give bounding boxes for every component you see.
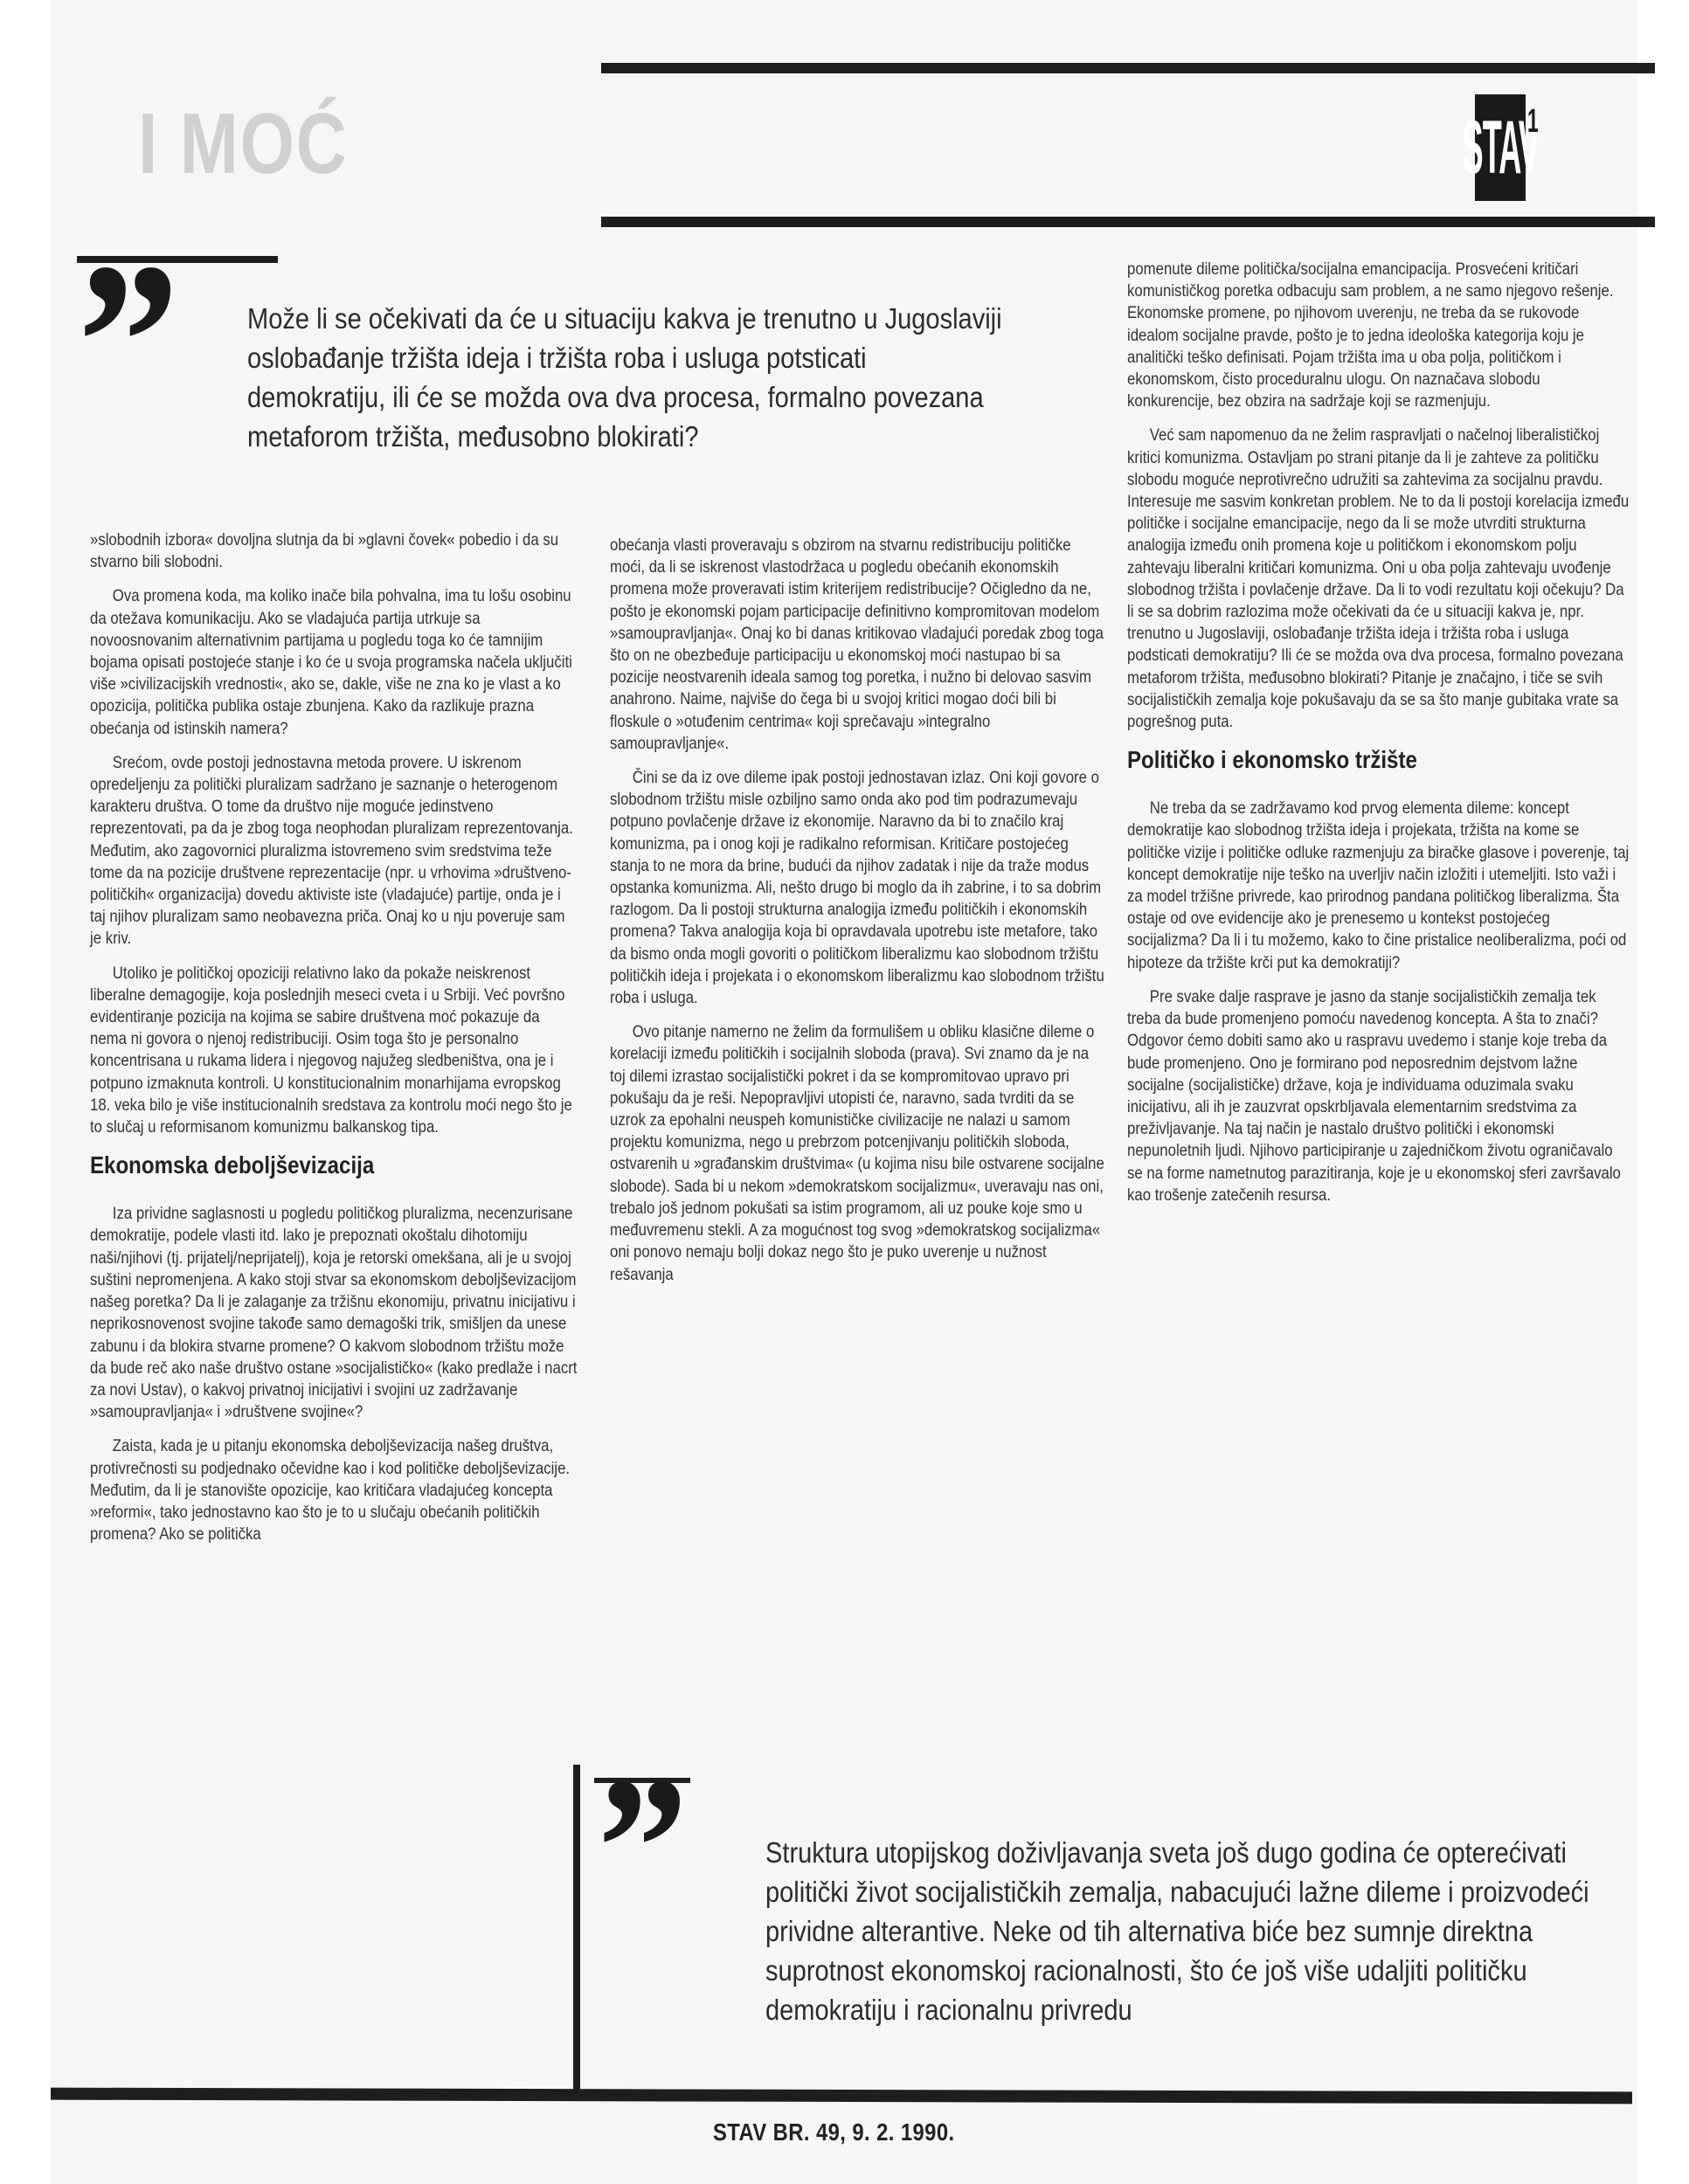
paragraph: Pre svake dalje rasprave je jasno da sta… — [1127, 986, 1629, 1206]
paragraph: Iza prividne saglasnosti u pogledu polit… — [90, 1203, 580, 1423]
paragraph: Već sam napomenuo da ne želim raspravlja… — [1127, 425, 1629, 733]
paragraph: Ovo pitanje namerno ne želim da formuliš… — [610, 1021, 1106, 1285]
section-heading-politicko: Političko i ekonomsko tržište — [1127, 745, 1629, 775]
paragraph: Ne treba da se zadržavamo kod prvog elem… — [1127, 798, 1629, 974]
issue-footer: STAV BR. 49, 9. 2. 1990. — [713, 2118, 955, 2146]
paragraph: Zaista, kada je u pitanju ekonomska debo… — [90, 1435, 580, 1545]
column-middle: obećanja vlasti proveravaju s obzirom na… — [610, 535, 1106, 1298]
paragraph: Čini se da iz ove dileme ipak postoji je… — [610, 767, 1106, 1009]
paragraph: obećanja vlasti proveravaju s obzirom na… — [610, 535, 1106, 755]
pullquote-bottom-vertical-rule — [573, 1765, 580, 2097]
pullquote-top: Može li se očekivati da će u situaciju k… — [247, 299, 1008, 456]
paragraph: »slobodnih izbora« dovoljna slutnja da b… — [90, 529, 580, 573]
paragraph: Utoliko je političkoj opoziciji relativn… — [90, 963, 580, 1139]
closing-quote-icon: ” — [78, 229, 180, 456]
closing-quote-icon: ” — [598, 1747, 689, 1948]
article-title-fragment: I MOĆ — [138, 100, 348, 186]
paragraph: pomenute dileme politička/socijalna eman… — [1127, 259, 1629, 412]
pullquote-bottom: Struktura utopijskog doživljavanja sveta… — [765, 1833, 1603, 2029]
paragraph: Ova promena koda, ma koliko inače bila p… — [90, 585, 580, 739]
column-right: pomenute dileme politička/socijalna eman… — [1127, 259, 1629, 1219]
section-heading-ekonomska: Ekonomska deboljševizacija — [90, 1151, 580, 1180]
footer-rule — [51, 2088, 1632, 2105]
header-bottom-rule — [601, 217, 1655, 227]
column-left: »slobodnih izbora« dovoljna slutnja da b… — [90, 529, 580, 1558]
magazine-page: I MOĆ STAV 1 ” Može li se očekivati da ć… — [51, 0, 1637, 2184]
page-number: 1 — [1527, 103, 1539, 141]
stav-logo: STAV — [1475, 94, 1526, 201]
header-top-rule — [601, 63, 1655, 73]
paragraph: Srećom, ovde postoji jednostavna metoda … — [90, 752, 580, 950]
